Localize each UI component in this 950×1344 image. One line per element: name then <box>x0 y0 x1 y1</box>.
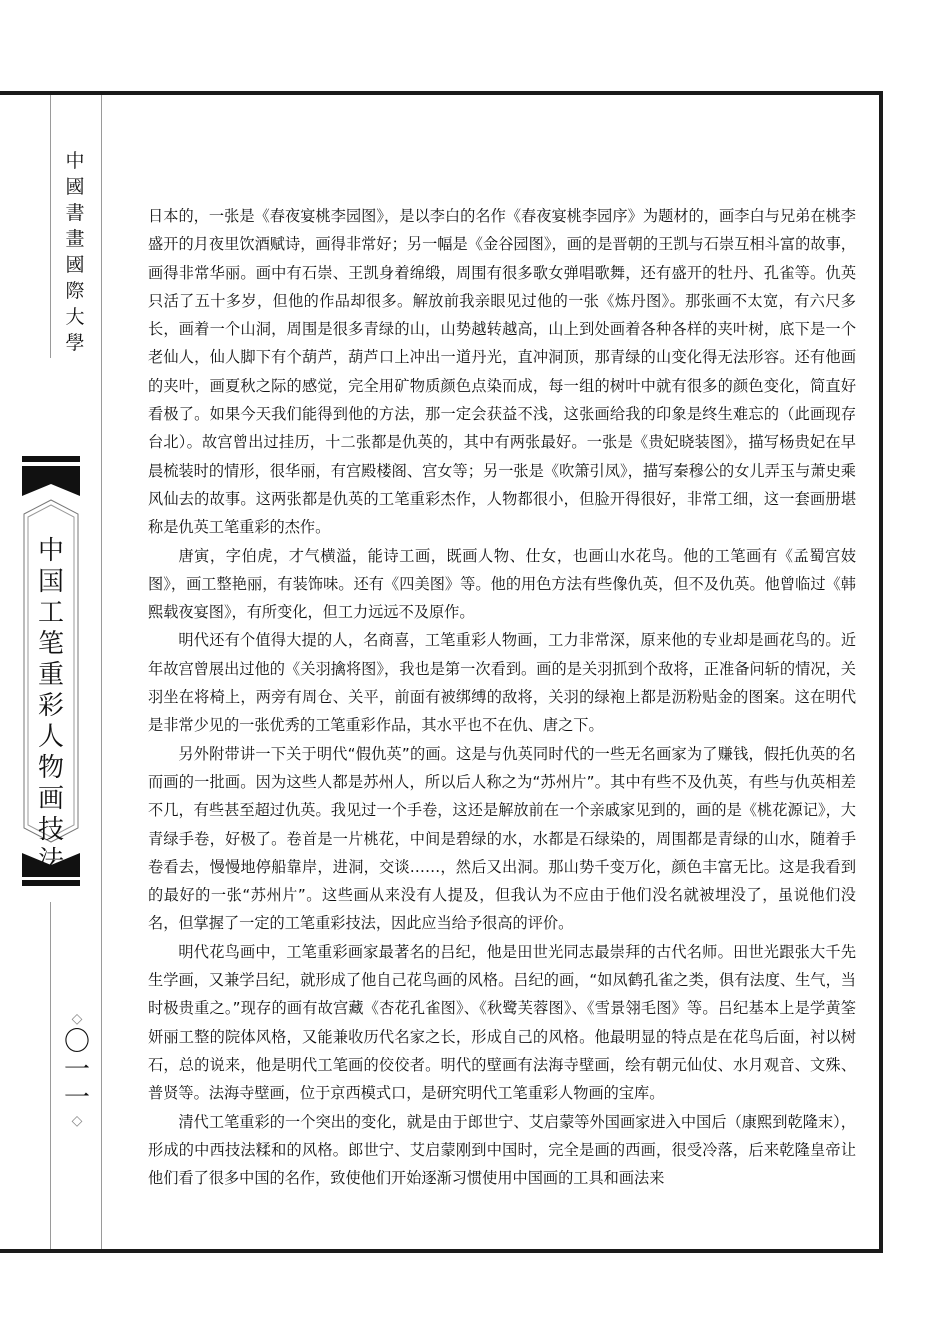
banner-top-thin-bar <box>22 456 80 462</box>
title-char: 国 <box>25 567 77 598</box>
page-digit: 一 <box>62 1056 92 1084</box>
page-number: ◇ 〇 一 一 ◇ <box>62 1010 92 1130</box>
banner-bottom-thin-bar <box>22 880 80 886</box>
title-char: 工 <box>25 598 77 629</box>
paragraph: 明代花鸟画中，工笔重彩画家最著名的吕纪，他是田世光同志最崇拜的古代名师。田世光跟… <box>148 938 856 1108</box>
school-char: 際 <box>60 278 90 304</box>
sidebar-divider <box>101 95 102 1249</box>
book-title-vertical: 中 国 工 笔 重 彩 人 物 画 技 法 <box>25 514 75 860</box>
diamond-ornament-icon: ◇ <box>62 1010 92 1028</box>
sidebar-rule-upper <box>50 95 51 358</box>
title-char: 技 <box>25 815 77 846</box>
title-char: 物 <box>25 753 77 784</box>
page-digit: 〇 <box>62 1028 92 1056</box>
paragraph: 唐寅，字伯虎，才气横溢，能诗工画，既画人物、仕女，也画山水花鸟。他的工笔画有《孟… <box>148 542 856 627</box>
frame-top-border <box>0 91 883 95</box>
paragraph: 明代还有个值得大提的人，名商喜，工笔重彩人物画，工力非常深，原来他的专业却是画花… <box>148 626 856 739</box>
school-char: 國 <box>60 252 90 278</box>
sidebar-rule-lower <box>50 902 51 1249</box>
title-char: 人 <box>25 722 77 753</box>
school-char: 畫 <box>60 226 90 252</box>
school-char: 學 <box>60 330 90 356</box>
banner-bottom-chevron-icon <box>22 853 80 893</box>
school-char: 中 <box>60 148 90 174</box>
title-char: 画 <box>25 784 77 815</box>
page-digit: 一 <box>62 1084 92 1112</box>
title-char: 重 <box>25 660 77 691</box>
book-title-banner: 中 国 工 笔 重 彩 人 物 画 技 法 <box>22 456 80 886</box>
school-char: 書 <box>60 200 90 226</box>
title-char: 笔 <box>25 629 77 660</box>
frame-bottom-border <box>0 1249 883 1253</box>
diamond-ornament-icon: ◇ <box>62 1112 92 1130</box>
school-char: 大 <box>60 304 90 330</box>
school-char: 國 <box>60 174 90 200</box>
title-char: 彩 <box>25 691 77 722</box>
school-name-vertical: 中 國 書 畫 國 際 大 學 <box>60 148 90 356</box>
title-char: 中 <box>25 536 77 567</box>
frame-right-border <box>879 91 883 1253</box>
paragraph: 清代工笔重彩的一个突出的变化，就是由于郎世宁、艾启蒙等外国画家进入中国后（康熙到… <box>148 1108 856 1193</box>
body-text: 日本的，一张是《春夜宴桃李园图》，是以李白的名作《春夜宴桃李园序》为题材的，画李… <box>148 202 856 1192</box>
paragraph: 日本的，一张是《春夜宴桃李园图》，是以李白的名作《春夜宴桃李园序》为题材的，画李… <box>148 202 856 542</box>
paragraph: 另外附带讲一下关于明代“假仇英”的画。这是与仇英同时代的一些无名画家为了赚钱，假… <box>148 740 856 938</box>
